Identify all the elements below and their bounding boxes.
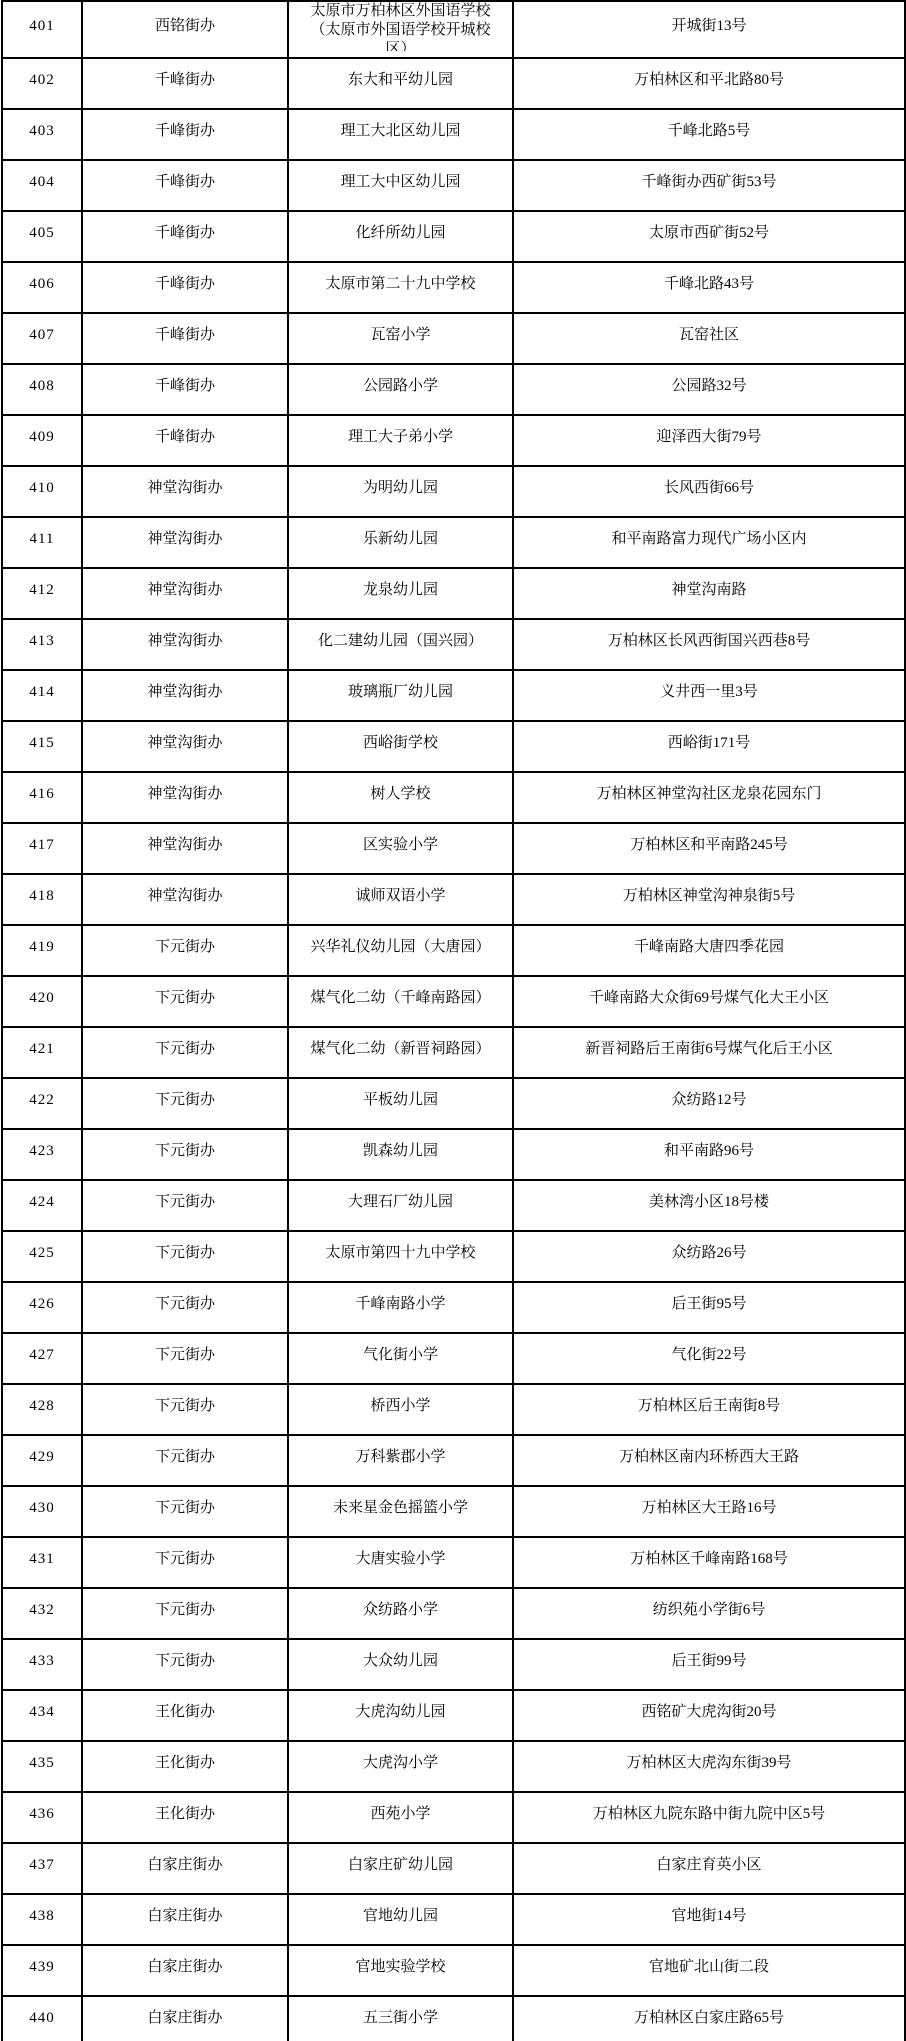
row-number-cell: 421 [2,1027,82,1078]
address-text: 和平南路富力现代广场小区内 [611,530,806,549]
row-number-text: 410 [29,479,55,498]
street-office-text: 下元街办 [155,1244,215,1263]
school-name-text: 大虎沟小学 [363,1754,438,1773]
address-text: 和平南路96号 [664,1142,754,1161]
street-office-text: 神堂沟街办 [147,683,222,702]
address-cell: 万柏林区九院东路中街九院中区5号 [513,1792,905,1843]
street-office-text: 神堂沟街办 [147,479,222,498]
address-cell: 万柏林区长风西街国兴西巷8号 [513,619,905,670]
street-office-cell: 神堂沟街办 [82,823,288,874]
school-name-text: 大众幼儿园 [363,1652,438,1671]
school-name-cell: 众纺路小学 [288,1588,513,1639]
school-name-cell: 五三街小学 [288,1996,513,2041]
address-text: 万柏林区南内环桥西大王路 [619,1448,799,1467]
table-row: 412 神堂沟街办 龙泉幼儿园 神堂沟南路 [2,568,905,619]
school-name-cell: 瓦窑小学 [288,313,513,364]
school-name-cell: 白家庄矿幼儿园 [288,1843,513,1894]
street-office-text: 下元街办 [155,1397,215,1416]
table-row: 430 下元街办 未来星金色摇篮小学 万柏林区大王路16号 [2,1486,905,1537]
address-text: 万柏林区和平南路245号 [630,836,788,855]
address-cell: 万柏林区后王南街8号 [513,1384,905,1435]
street-office-cell: 下元街办 [82,1027,288,1078]
address-cell: 长风西街66号 [513,466,905,517]
address-text: 官地矿北山街二段 [649,1958,769,1977]
row-number-text: 433 [29,1652,55,1671]
street-office-text: 白家庄街办 [147,1958,222,1977]
table-row: 414 神堂沟街办 玻璃瓶厂幼儿园 义井西一里3号 [2,670,905,721]
row-number-text: 401 [29,17,55,36]
row-number-text: 407 [29,326,55,345]
school-name-cell: 官地幼儿园 [288,1894,513,1945]
row-number-text: 406 [29,275,55,294]
school-name-text: 五三街小学 [363,2009,438,2028]
row-number-cell: 404 [2,160,82,211]
street-office-text: 下元街办 [155,1091,215,1110]
address-cell: 万柏林区大虎沟东街39号 [513,1741,905,1792]
address-cell: 万柏林区大王路16号 [513,1486,905,1537]
row-number-cell: 436 [2,1792,82,1843]
table-row: 409 千峰街办 理工大子弟小学 迎泽西大街79号 [2,415,905,466]
row-number-cell: 439 [2,1945,82,1996]
street-office-text: 下元街办 [155,1142,215,1161]
school-name-cell: 理工大子弟小学 [288,415,513,466]
table-row: 436 王化街办 西苑小学 万柏林区九院东路中街九院中区5号 [2,1792,905,1843]
row-number-text: 427 [29,1346,55,1365]
schools-table-body: 401 西铭街办 太原市万柏林区外国语学校（太原市外国语学校开城校区） 开城街1… [2,1,905,2041]
street-office-text: 下元街办 [155,1499,215,1518]
street-office-cell: 下元街办 [82,1180,288,1231]
school-name-cell: 公园路小学 [288,364,513,415]
row-number-cell: 423 [2,1129,82,1180]
row-number-text: 418 [29,887,55,906]
school-name-cell: 太原市第四十九中学校 [288,1231,513,1282]
row-number-text: 437 [29,1856,55,1875]
row-number-cell: 440 [2,1996,82,2041]
row-number-cell: 413 [2,619,82,670]
row-number-text: 415 [29,734,55,753]
address-text: 公园路32号 [671,377,746,396]
address-cell: 千峰街办西矿街53号 [513,160,905,211]
row-number-text: 405 [29,224,55,243]
row-number-text: 421 [29,1040,55,1059]
street-office-cell: 下元街办 [82,1078,288,1129]
row-number-cell: 406 [2,262,82,313]
table-row: 428 下元街办 桥西小学 万柏林区后王南街8号 [2,1384,905,1435]
school-name-text: 瓦窑小学 [370,326,430,345]
street-office-text: 下元街办 [155,1040,215,1059]
school-name-text: 区实验小学 [363,836,438,855]
row-number-text: 439 [29,1958,55,1977]
school-name-text: 理工大中区幼儿园 [340,173,460,192]
school-name-cell: 平板幼儿园 [288,1078,513,1129]
school-name-cell: 树人学校 [288,772,513,823]
street-office-cell: 西铭街办 [82,1,288,58]
address-text: 万柏林区神堂沟神泉街5号 [623,887,796,906]
street-office-text: 下元街办 [155,1193,215,1212]
street-office-cell: 下元街办 [82,1129,288,1180]
row-number-text: 426 [29,1295,55,1314]
row-number-cell: 432 [2,1588,82,1639]
address-text: 官地街14号 [671,1907,746,1926]
street-office-cell: 神堂沟街办 [82,721,288,772]
street-office-text: 白家庄街办 [147,1907,222,1926]
school-name-text: 白家庄矿幼儿园 [348,1856,453,1875]
address-text: 千峰街办西矿街53号 [641,173,776,192]
address-cell: 千峰南路大唐四季花园 [513,925,905,976]
address-cell: 官地街14号 [513,1894,905,1945]
address-text: 开城街13号 [671,17,746,36]
row-number-cell: 401 [2,1,82,58]
table-row: 435 王化街办 大虎沟小学 万柏林区大虎沟东街39号 [2,1741,905,1792]
table-row: 404 千峰街办 理工大中区幼儿园 千峰街办西矿街53号 [2,160,905,211]
street-office-text: 千峰街办 [155,428,215,447]
street-office-text: 下元街办 [155,1601,215,1620]
school-name-cell: 桥西小学 [288,1384,513,1435]
address-text: 太原市西矿街52号 [649,224,769,243]
address-cell: 美林湾小区18号楼 [513,1180,905,1231]
school-name-cell: 东大和平幼儿园 [288,58,513,109]
address-cell: 万柏林区神堂沟神泉街5号 [513,874,905,925]
street-office-cell: 下元街办 [82,976,288,1027]
school-name-text: 龙泉幼儿园 [363,581,438,600]
street-office-cell: 下元街办 [82,1333,288,1384]
row-number-text: 432 [29,1601,55,1620]
school-name-cell: 乐新幼儿园 [288,517,513,568]
school-name-text: 太原市第二十九中学校 [325,275,475,294]
table-row: 415 神堂沟街办 西峪街学校 西峪街171号 [2,721,905,772]
school-name-text: 气化街小学 [363,1346,438,1365]
address-text: 众纺路26号 [671,1244,746,1263]
street-office-text: 神堂沟街办 [147,632,222,651]
street-office-text: 白家庄街办 [147,1856,222,1875]
address-cell: 新晋祠路后王南街6号煤气化后王小区 [513,1027,905,1078]
address-text: 长风西街66号 [664,479,754,498]
street-office-cell: 神堂沟街办 [82,670,288,721]
street-office-cell: 千峰街办 [82,109,288,160]
street-office-cell: 白家庄街办 [82,1996,288,2041]
address-cell: 众纺路26号 [513,1231,905,1282]
school-name-cell: 西苑小学 [288,1792,513,1843]
address-text: 纺织苑小学街6号 [653,1601,766,1620]
school-name-text: 为明幼儿园 [363,479,438,498]
street-office-text: 千峰街办 [155,122,215,141]
table-row: 405 千峰街办 化纤所幼儿园 太原市西矿街52号 [2,211,905,262]
school-name-text: 树人学校 [370,785,430,804]
street-office-cell: 神堂沟街办 [82,874,288,925]
school-name-text: 西峪街学校 [363,734,438,753]
table-row: 437 白家庄街办 白家庄矿幼儿园 白家庄育英小区 [2,1843,905,1894]
address-text: 千峰南路大众街69号煤气化大王小区 [589,989,829,1008]
school-name-text: 兴华礼仪幼儿园（大唐园） [310,938,490,957]
row-number-cell: 431 [2,1537,82,1588]
row-number-cell: 430 [2,1486,82,1537]
table-row: 421 下元街办 煤气化二幼（新晋祠路园） 新晋祠路后王南街6号煤气化后王小区 [2,1027,905,1078]
address-cell: 西峪街171号 [513,721,905,772]
street-office-text: 千峰街办 [155,71,215,90]
street-office-text: 下元街办 [155,1346,215,1365]
school-name-text: 化纤所幼儿园 [355,224,445,243]
address-text: 万柏林区大虎沟东街39号 [626,1754,791,1773]
address-cell: 官地矿北山街二段 [513,1945,905,1996]
street-office-text: 下元街办 [155,938,215,957]
row-number-text: 411 [30,530,55,549]
street-office-text: 王化街办 [155,1805,215,1824]
row-number-text: 413 [29,632,55,651]
row-number-text: 440 [29,2009,55,2028]
address-cell: 义井西一里3号 [513,670,905,721]
address-cell: 后王街99号 [513,1639,905,1690]
address-text: 万柏林区九院东路中街九院中区5号 [593,1805,826,1824]
row-number-text: 423 [29,1142,55,1161]
row-number-cell: 425 [2,1231,82,1282]
address-text: 万柏林区和平北路80号 [634,71,784,90]
street-office-cell: 王化街办 [82,1792,288,1843]
table-row: 419 下元街办 兴华礼仪幼儿园（大唐园） 千峰南路大唐四季花园 [2,925,905,976]
street-office-cell: 神堂沟街办 [82,772,288,823]
school-name-text: 凯森幼儿园 [363,1142,438,1161]
school-name-text: 公园路小学 [363,377,438,396]
table-row: 422 下元街办 平板幼儿园 众纺路12号 [2,1078,905,1129]
street-office-cell: 千峰街办 [82,415,288,466]
row-number-text: 419 [29,938,55,957]
school-name-cell: 万科紫郡小学 [288,1435,513,1486]
schools-table: 401 西铭街办 太原市万柏林区外国语学校（太原市外国语学校开城校区） 开城街1… [1,0,906,2041]
school-name-cell: 区实验小学 [288,823,513,874]
row-number-text: 438 [29,1907,55,1926]
school-name-text: 平板幼儿园 [363,1091,438,1110]
school-name-cell: 西峪街学校 [288,721,513,772]
street-office-text: 神堂沟街办 [147,887,222,906]
school-name-cell: 化纤所幼儿园 [288,211,513,262]
row-number-cell: 414 [2,670,82,721]
street-office-cell: 神堂沟街办 [82,517,288,568]
row-number-text: 420 [29,989,55,1008]
school-name-cell: 兴华礼仪幼儿园（大唐园） [288,925,513,976]
school-name-cell: 千峰南路小学 [288,1282,513,1333]
school-name-text: 桥西小学 [370,1397,430,1416]
address-cell: 万柏林区南内环桥西大王路 [513,1435,905,1486]
table-row: 434 王化街办 大虎沟幼儿园 西铭矿大虎沟街20号 [2,1690,905,1741]
street-office-cell: 神堂沟街办 [82,568,288,619]
street-office-cell: 王化街办 [82,1741,288,1792]
address-cell: 万柏林区和平北路80号 [513,58,905,109]
school-name-text: 煤气化二幼（新晋祠路园） [310,1040,490,1059]
school-name-cell: 未来星金色摇篮小学 [288,1486,513,1537]
school-name-text: 东大和平幼儿园 [348,71,453,90]
address-cell: 纺织苑小学街6号 [513,1588,905,1639]
school-name-text: 大唐实验小学 [355,1550,445,1569]
street-office-cell: 下元街办 [82,1282,288,1333]
table-row: 408 千峰街办 公园路小学 公园路32号 [2,364,905,415]
school-name-cell: 大唐实验小学 [288,1537,513,1588]
street-office-text: 下元街办 [155,1550,215,1569]
address-cell: 和平南路富力现代广场小区内 [513,517,905,568]
street-office-cell: 千峰街办 [82,160,288,211]
school-name-cell: 太原市第二十九中学校 [288,262,513,313]
address-text: 千峰南路大唐四季花园 [634,938,784,957]
address-text: 万柏林区长风西街国兴西巷8号 [608,632,811,651]
table-row: 407 千峰街办 瓦窑小学 瓦窑社区 [2,313,905,364]
row-number-text: 435 [29,1754,55,1773]
table-row: 423 下元街办 凯森幼儿园 和平南路96号 [2,1129,905,1180]
row-number-cell: 416 [2,772,82,823]
row-number-text: 403 [29,122,55,141]
table-row: 416 神堂沟街办 树人学校 万柏林区神堂沟社区龙泉花园东门 [2,772,905,823]
address-cell: 万柏林区千峰南路168号 [513,1537,905,1588]
table-row: 438 白家庄街办 官地幼儿园 官地街14号 [2,1894,905,1945]
row-number-cell: 427 [2,1333,82,1384]
street-office-cell: 下元街办 [82,1384,288,1435]
table-row: 432 下元街办 众纺路小学 纺织苑小学街6号 [2,1588,905,1639]
address-text: 千峰北路5号 [668,122,751,141]
address-cell: 太原市西矿街52号 [513,211,905,262]
row-number-text: 402 [29,71,55,90]
table-row: 440 白家庄街办 五三街小学 万柏林区白家庄路65号 [2,1996,905,2041]
document-page: 401 西铭街办 太原市万柏林区外国语学校（太原市外国语学校开城校区） 开城街1… [0,0,906,2041]
address-text: 西铭矿大虎沟街20号 [641,1703,776,1722]
address-cell: 气化街22号 [513,1333,905,1384]
street-office-text: 西铭街办 [155,17,215,36]
row-number-text: 414 [29,683,55,702]
school-name-cell: 官地实验学校 [288,1945,513,1996]
address-cell: 西铭矿大虎沟街20号 [513,1690,905,1741]
street-office-cell: 神堂沟街办 [82,466,288,517]
row-number-cell: 415 [2,721,82,772]
row-number-cell: 403 [2,109,82,160]
street-office-text: 王化街办 [155,1754,215,1773]
school-name-text: 官地幼儿园 [363,1907,438,1926]
street-office-cell: 白家庄街办 [82,1945,288,1996]
school-name-text: 官地实验学校 [355,1958,445,1977]
row-number-text: 428 [29,1397,55,1416]
school-name-text: 大虎沟幼儿园 [355,1703,445,1722]
address-cell: 神堂沟南路 [513,568,905,619]
table-row: 425 下元街办 太原市第四十九中学校 众纺路26号 [2,1231,905,1282]
row-number-text: 430 [29,1499,55,1518]
address-text: 西峪街171号 [668,734,751,753]
street-office-text: 神堂沟街办 [147,785,222,804]
address-text: 义井西一里3号 [660,683,758,702]
street-office-cell: 下元街办 [82,1231,288,1282]
street-office-cell: 下元街办 [82,1486,288,1537]
table-row: 424 下元街办 大理石厂幼儿园 美林湾小区18号楼 [2,1180,905,1231]
address-text: 后王街95号 [671,1295,746,1314]
school-name-cell: 玻璃瓶厂幼儿园 [288,670,513,721]
address-cell: 白家庄育英小区 [513,1843,905,1894]
row-number-cell: 437 [2,1843,82,1894]
address-cell: 千峰北路43号 [513,262,905,313]
row-number-text: 431 [29,1550,55,1569]
address-cell: 和平南路96号 [513,1129,905,1180]
school-name-text: 理工大子弟小学 [348,428,453,447]
street-office-cell: 下元街办 [82,1537,288,1588]
address-cell: 万柏林区和平南路245号 [513,823,905,874]
row-number-cell: 433 [2,1639,82,1690]
row-number-text: 417 [29,836,55,855]
address-cell: 众纺路12号 [513,1078,905,1129]
row-number-text: 424 [29,1193,55,1212]
table-row: 427 下元街办 气化街小学 气化街22号 [2,1333,905,1384]
table-row: 411 神堂沟街办 乐新幼儿园 和平南路富力现代广场小区内 [2,517,905,568]
school-name-cell: 煤气化二幼（新晋祠路园） [288,1027,513,1078]
school-name-cell: 化二建幼儿园（国兴园） [288,619,513,670]
table-row: 401 西铭街办 太原市万柏林区外国语学校（太原市外国语学校开城校区） 开城街1… [2,1,905,58]
school-name-text: 西苑小学 [370,1805,430,1824]
street-office-text: 神堂沟街办 [147,530,222,549]
street-office-cell: 千峰街办 [82,313,288,364]
address-text: 神堂沟南路 [671,581,746,600]
street-office-text: 王化街办 [155,1703,215,1722]
school-name-cell: 气化街小学 [288,1333,513,1384]
table-row: 413 神堂沟街办 化二建幼儿园（国兴园） 万柏林区长风西街国兴西巷8号 [2,619,905,670]
row-number-cell: 420 [2,976,82,1027]
street-office-cell: 千峰街办 [82,262,288,313]
table-row: 403 千峰街办 理工大北区幼儿园 千峰北路5号 [2,109,905,160]
school-name-text: 太原市万柏林区外国语学校（太原市外国语学校开城校区） [309,2,493,51]
row-number-cell: 417 [2,823,82,874]
table-row: 439 白家庄街办 官地实验学校 官地矿北山街二段 [2,1945,905,1996]
school-name-text: 煤气化二幼（千峰南路园） [310,989,490,1008]
row-number-cell: 407 [2,313,82,364]
street-office-text: 神堂沟街办 [147,581,222,600]
school-name-cell: 诚师双语小学 [288,874,513,925]
address-text: 万柏林区千峰南路168号 [630,1550,788,1569]
address-text: 万柏林区后王南街8号 [638,1397,781,1416]
address-cell: 开城街13号 [513,1,905,58]
row-number-text: 412 [29,581,55,600]
table-row: 426 下元街办 千峰南路小学 后王街95号 [2,1282,905,1333]
table-row: 420 下元街办 煤气化二幼（千峰南路园） 千峰南路大众街69号煤气化大王小区 [2,976,905,1027]
row-number-cell: 409 [2,415,82,466]
table-row: 429 下元街办 万科紫郡小学 万柏林区南内环桥西大王路 [2,1435,905,1486]
street-office-text: 千峰街办 [155,326,215,345]
table-row: 417 神堂沟街办 区实验小学 万柏林区和平南路245号 [2,823,905,874]
address-text: 万柏林区神堂沟社区龙泉花园东门 [596,785,821,804]
row-number-cell: 418 [2,874,82,925]
street-office-cell: 千峰街办 [82,58,288,109]
street-office-text: 下元街办 [155,1448,215,1467]
school-name-cell: 为明幼儿园 [288,466,513,517]
school-name-cell: 煤气化二幼（千峰南路园） [288,976,513,1027]
school-name-cell: 凯森幼儿园 [288,1129,513,1180]
address-text: 众纺路12号 [671,1091,746,1110]
row-number-text: 429 [29,1448,55,1467]
school-name-text: 玻璃瓶厂幼儿园 [348,683,453,702]
street-office-cell: 千峰街办 [82,211,288,262]
street-office-text: 神堂沟街办 [147,734,222,753]
row-number-text: 416 [29,785,55,804]
row-number-cell: 434 [2,1690,82,1741]
school-name-cell: 大虎沟小学 [288,1741,513,1792]
street-office-text: 神堂沟街办 [147,836,222,855]
address-text: 瓦窑社区 [679,326,739,345]
street-office-cell: 千峰街办 [82,364,288,415]
street-office-cell: 下元街办 [82,1588,288,1639]
address-cell: 迎泽西大街79号 [513,415,905,466]
row-number-cell: 419 [2,925,82,976]
school-name-text: 大理石厂幼儿园 [348,1193,453,1212]
street-office-cell: 白家庄街办 [82,1894,288,1945]
street-office-cell: 下元街办 [82,925,288,976]
street-office-text: 下元街办 [155,989,215,1008]
school-name-cell: 理工大北区幼儿园 [288,109,513,160]
row-number-cell: 428 [2,1384,82,1435]
school-name-text: 诚师双语小学 [355,887,445,906]
row-number-cell: 410 [2,466,82,517]
address-text: 后王街99号 [671,1652,746,1671]
row-number-cell: 402 [2,58,82,109]
row-number-text: 434 [29,1703,55,1722]
